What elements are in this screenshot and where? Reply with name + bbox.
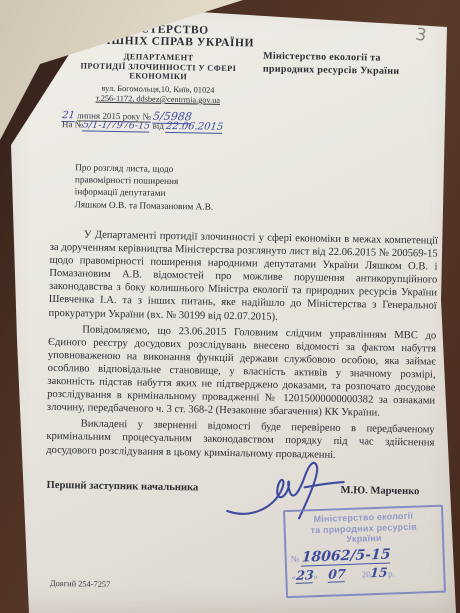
body-paragraph-2: Повідомляємо, що 23.06.2015 Головним слі…: [47, 323, 437, 421]
subject-line: Ляшком О.В. та Помазановим А.В.: [74, 199, 259, 214]
photo-of-document: МІНІСТЕРСТВО ВНУТРІШНІХ СПРАВ УКРАЇНИ ДЕ…: [0, 0, 460, 613]
incoming-date-handwritten: 22.06.2015: [166, 121, 225, 134]
recipient-block: Міністерство екології та природних ресур…: [263, 50, 438, 79]
body-paragraph-1: У Департаменті протидії злочинності у сф…: [48, 228, 438, 326]
incoming-number-handwritten: 5/1-1/7976-15: [82, 119, 151, 132]
incoming-mid: від: [153, 121, 165, 131]
stamp-month-handwritten: 07: [327, 566, 346, 583]
stamp-year-handwritten: 15: [370, 564, 388, 580]
letter-paper: МІНІСТЕРСТВО ВНУТРІШНІХ СПРАВ УКРАЇНИ ДЕ…: [0, 0, 460, 613]
pencil-page-number: 3: [414, 25, 428, 46]
stamp-day-handwritten: 23: [295, 567, 314, 584]
stamp-number-handwritten: 18062/5-15: [301, 546, 391, 566]
stamp-number-label: №: [291, 553, 300, 563]
letter-content: МІНІСТЕРСТВО ВНУТРІШНІХ СПРАВ УКРАЇНИ ДЕ…: [0, 0, 460, 613]
registration-stamp: Міністерство екології та природних ресур…: [283, 505, 446, 599]
incoming-prefix: На №: [62, 119, 84, 129]
stamp-year-suffix: р.: [388, 568, 395, 578]
subject-block: Про розгляд листа, щодо правомірності по…: [74, 162, 260, 214]
signer-position: Перший заступник начальника: [46, 480, 198, 494]
executor-note: Довгий 254-7257: [50, 579, 111, 589]
recipient-line2: природних ресурсів України: [263, 63, 438, 79]
signer-name: М.Ю. Марченко: [340, 485, 419, 497]
letter-body: У Департаменті протидії злочинності у сф…: [46, 228, 438, 466]
